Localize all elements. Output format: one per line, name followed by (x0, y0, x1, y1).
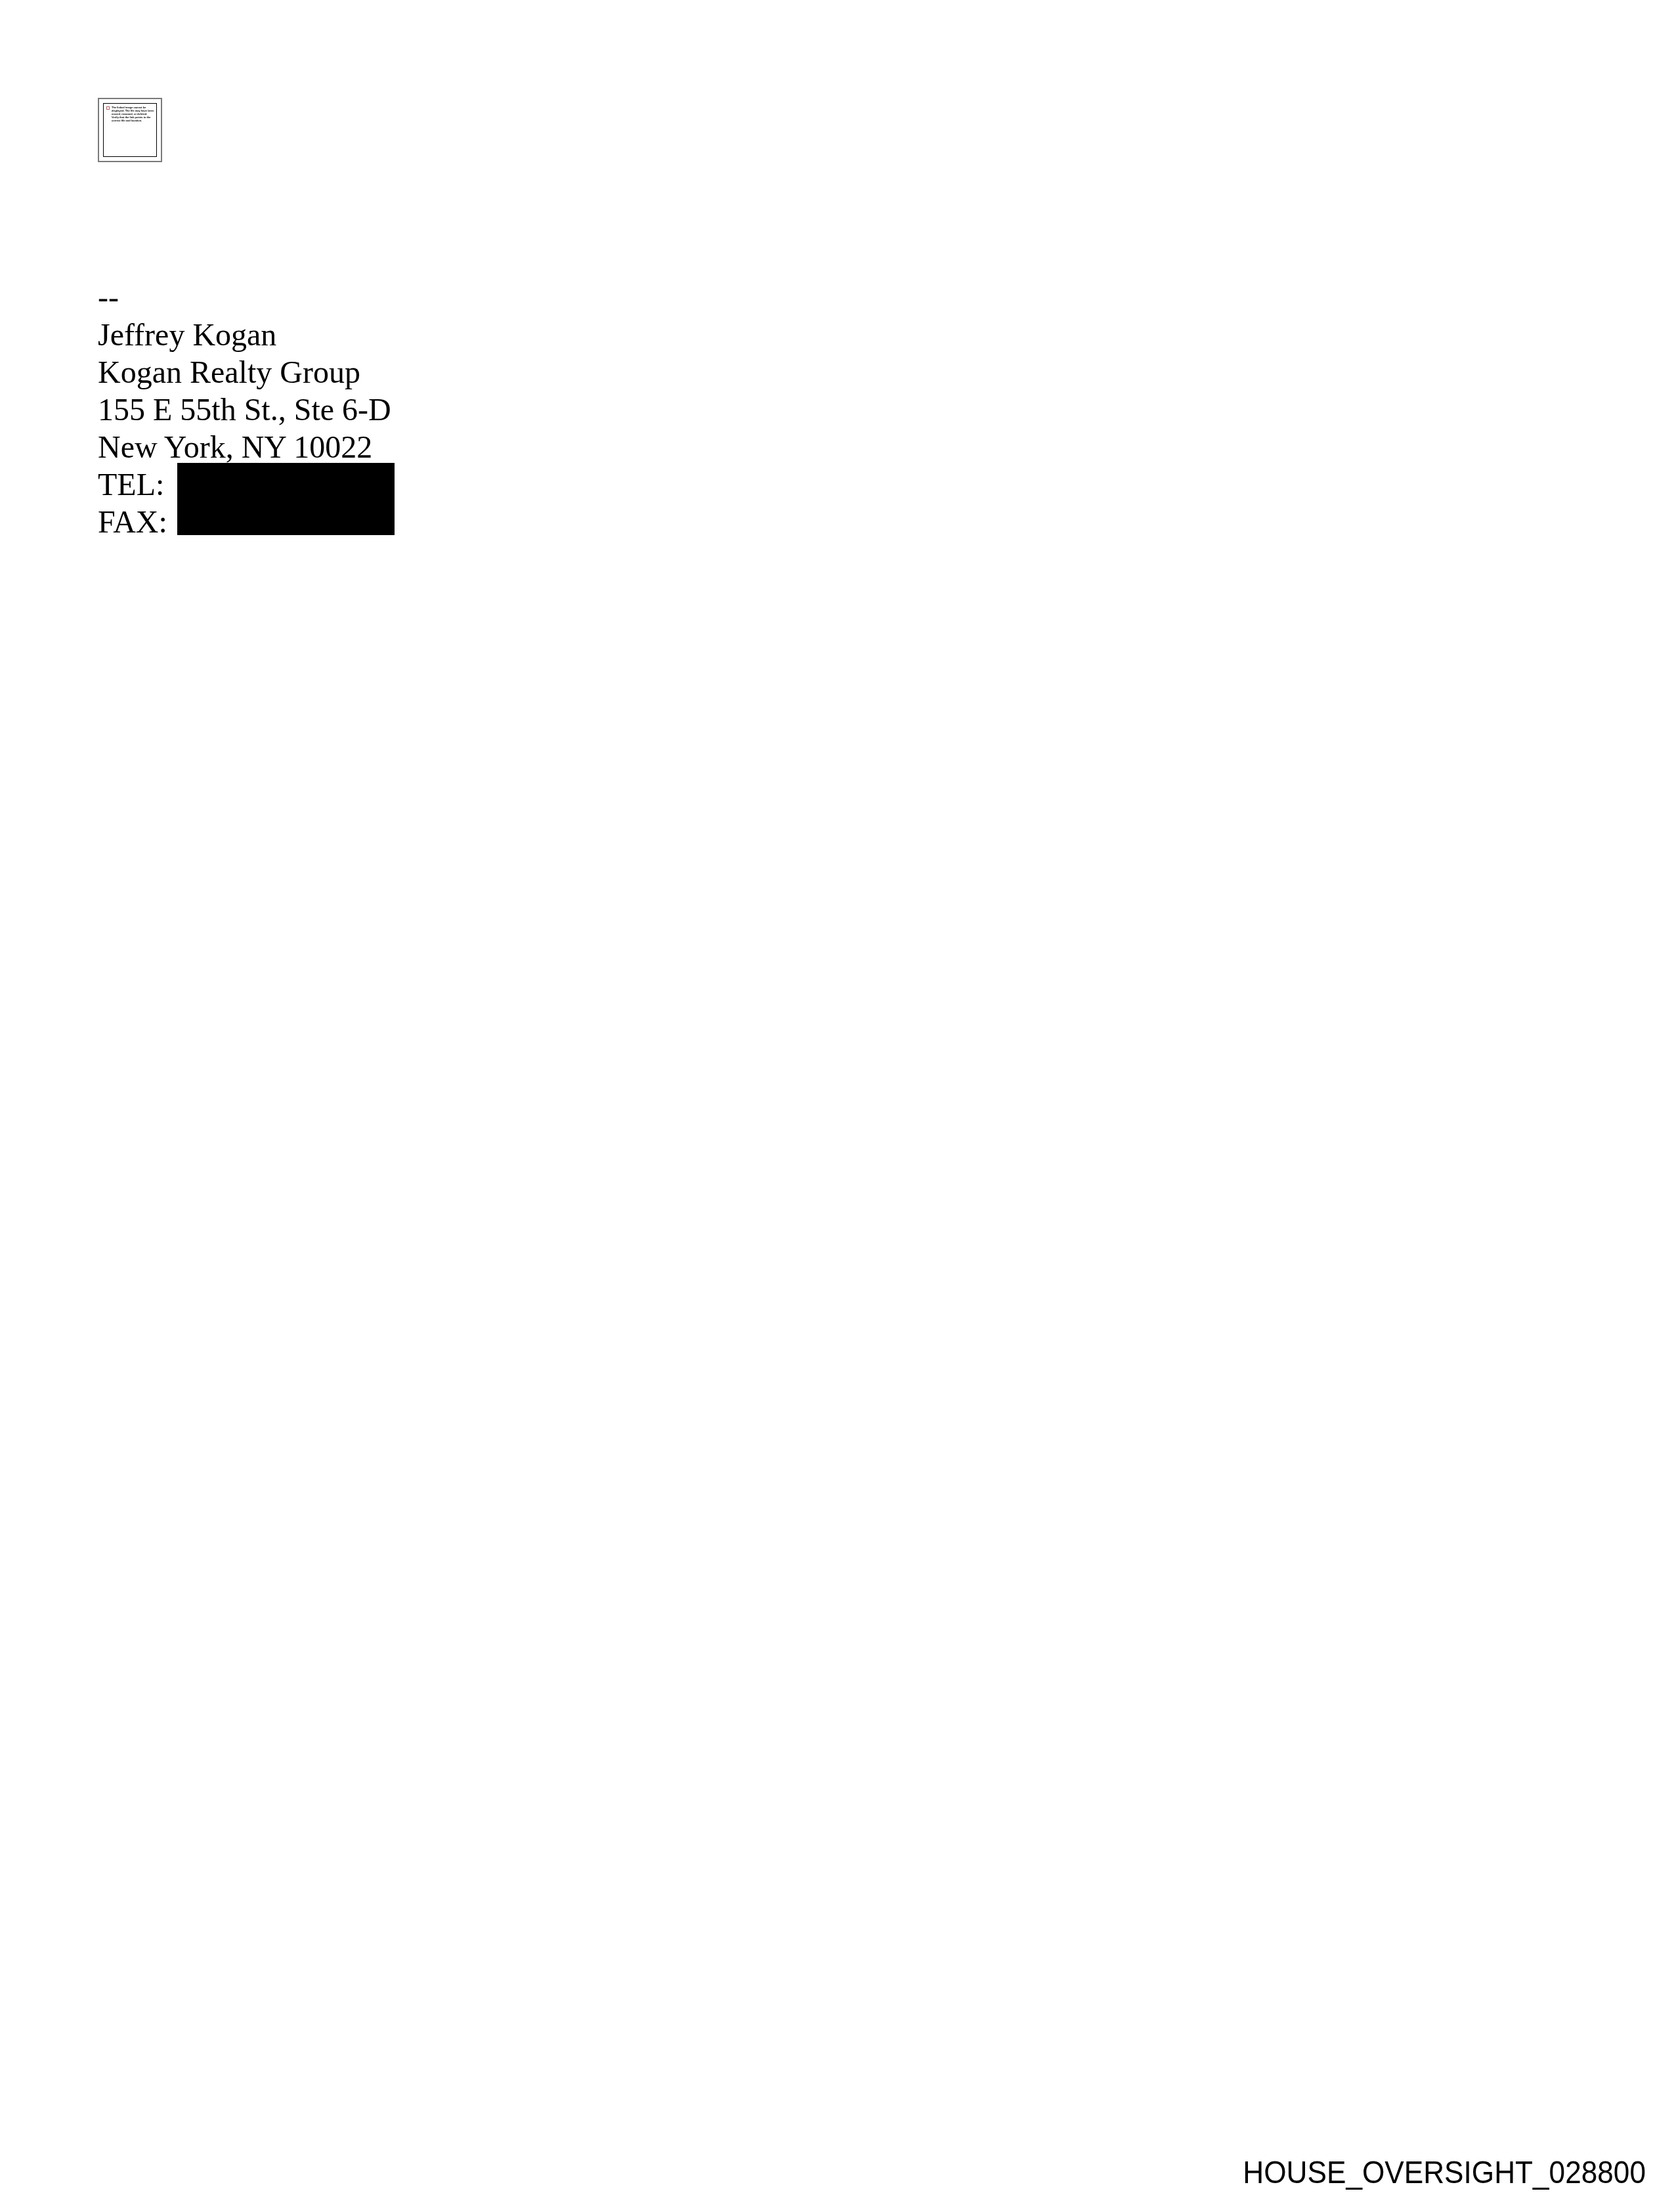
signature-address-line1: 155 E 55th St., Ste 6-D (98, 391, 391, 429)
broken-image-frame: The linked image cannot be displayed. Th… (103, 103, 157, 157)
tel-label: TEL: (98, 467, 164, 502)
signature-address-line2: New York, NY 10022 (98, 429, 391, 466)
fax-label: FAX: (98, 505, 167, 540)
signature-name: Jeffrey Kogan (98, 316, 391, 354)
bates-number: HOUSE_OVERSIGHT_028800 (1243, 2155, 1646, 2192)
broken-image-icon (106, 106, 110, 110)
signature-separator: -- (98, 279, 391, 316)
broken-image-placeholder: The linked image cannot be displayed. Th… (98, 98, 162, 162)
broken-image-message: The linked image cannot be displayed. Th… (112, 106, 154, 122)
redaction-box (177, 463, 395, 535)
signature-company: Kogan Realty Group (98, 354, 391, 391)
